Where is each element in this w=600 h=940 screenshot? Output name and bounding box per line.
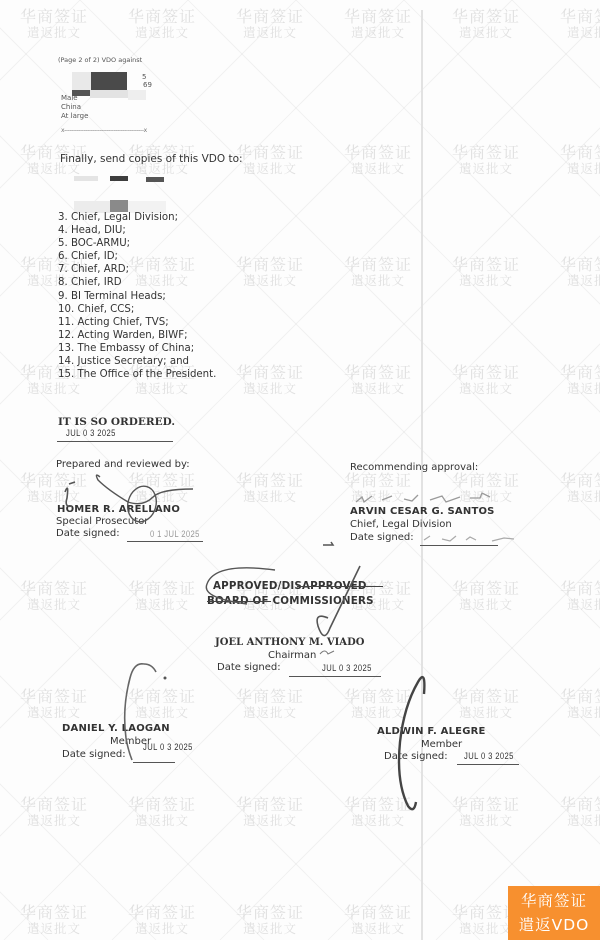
watermark-text: 华商签证遣返批文 xyxy=(328,904,428,937)
order-date-stamp: JUL 0 3 2025 xyxy=(66,428,116,439)
list-item: 13. The Embassy of China; xyxy=(58,342,216,355)
chairman-tick xyxy=(318,648,338,658)
watermark-text: 华商签证遣返批文 xyxy=(4,580,104,613)
order-date-underline xyxy=(57,441,173,442)
redaction-block xyxy=(110,176,128,181)
watermark-text: 华商签证遣返批文 xyxy=(436,256,536,289)
watermark-text: 华商签证遣返批文 xyxy=(328,256,428,289)
list-item: 9. BI Terminal Heads; xyxy=(58,290,216,303)
watermark-text: 华商签证遣返批文 xyxy=(220,364,320,397)
watermark-text: 华商签证遣返批文 xyxy=(4,8,104,41)
watermark-text: 华商签证遣返批文 xyxy=(436,688,536,721)
watermark-text: 华商签证遣返批文 xyxy=(220,256,320,289)
watermark-text: 华商签证遣返批文 xyxy=(220,904,320,937)
recipient-list: 3. Chief, Legal Division; 4. Head, DIU; … xyxy=(58,211,216,381)
watermark-text: 华商签证遣返批文 xyxy=(436,580,536,613)
list-item: 11. Acting Chief, TVS; xyxy=(58,316,216,329)
redaction-block xyxy=(72,72,92,90)
watermark-text: 华商签证遣返批文 xyxy=(4,688,104,721)
watermark-text: 华商签证遣返批文 xyxy=(220,796,320,829)
watermark-text: 华商签证遣返批文 xyxy=(328,8,428,41)
list-item: 4. Head, DIU; xyxy=(58,224,216,237)
prepared-label: Prepared and reviewed by: xyxy=(56,459,190,470)
member-1-date-label: Date signed: xyxy=(62,749,126,760)
signature-laogan xyxy=(118,662,178,762)
watermark-text: 华商签证遣返批文 xyxy=(220,472,320,505)
chairman-date-underline xyxy=(289,676,381,677)
chairman-date-label: Date signed: xyxy=(217,662,281,673)
approval-circle-and-check xyxy=(195,562,395,662)
list-item: 10. Chief, CCS; xyxy=(58,303,216,316)
redaction-block xyxy=(91,72,127,90)
subject-sex: Male xyxy=(61,94,78,102)
watermark-text: 华商签证遣返批文 xyxy=(544,796,600,829)
list-item: 12. Acting Warden, BIWF; xyxy=(58,329,216,342)
list-item: 15. The Office of the President. xyxy=(58,368,216,381)
recommending-label: Recommending approval: xyxy=(350,462,478,473)
prepared-date-underline xyxy=(127,541,203,542)
copies-intro: Finally, send copies of this VDO to: xyxy=(60,153,243,165)
watermark-text: 华商签证遣返批文 xyxy=(544,256,600,289)
watermark-text: 华商签证遣返批文 xyxy=(544,144,600,177)
watermark-text: 华商签证遣返批文 xyxy=(4,796,104,829)
watermark-text: 华商签证遣返批文 xyxy=(112,796,212,829)
recommending-date-scribble xyxy=(420,533,530,547)
watermark-text: 华商签证遣返批文 xyxy=(4,904,104,937)
watermark-text: 华商签证遣返批文 xyxy=(328,364,428,397)
watermark-text: 华商签证遣返批文 xyxy=(436,796,536,829)
subject-nationality: China xyxy=(61,103,81,111)
recommending-title: Chief, Legal Division xyxy=(350,519,452,530)
order-statement: IT IS SO ORDERED. xyxy=(58,416,175,428)
badge-line-2: 遣返VDO xyxy=(508,913,600,937)
list-item: 8. Chief, IRD xyxy=(58,276,216,289)
list-item: 14. Justice Secretary; and xyxy=(58,355,216,368)
watermark-text: 华商签证遣返批文 xyxy=(112,8,212,41)
signature-alegre xyxy=(392,664,432,804)
watermark-text: 华商签证遣返批文 xyxy=(112,904,212,937)
list-item: 7. Chief, ARD; xyxy=(58,263,216,276)
member-2-date-underline xyxy=(457,764,519,765)
redaction-block xyxy=(90,90,128,98)
recommending-date-label: Date signed: xyxy=(350,532,414,543)
subject-status: At large xyxy=(61,112,88,120)
watermark-text: 华商签证遣返批文 xyxy=(220,688,320,721)
watermark-text: 华商签证遣返批文 xyxy=(220,8,320,41)
list-item: 3. Chief, Legal Division; xyxy=(58,211,216,224)
subject-field-partial: 5 xyxy=(142,73,146,81)
list-item: 6. Chief, ID; xyxy=(58,250,216,263)
redaction-block xyxy=(128,90,146,100)
document-page: 华商签证遣返批文华商签证遣返批文华商签证遣返批文华商签证遣返批文华商签证遣返批文… xyxy=(0,0,600,940)
member-2-date-stamp: JUL 0 3 2025 xyxy=(464,751,514,762)
page-header: (Page 2 of 2) VDO against xyxy=(58,56,142,64)
subject-field-partial: 69 xyxy=(143,81,152,89)
chairman-date-stamp: JUL 0 3 2025 xyxy=(322,663,372,674)
redaction-block xyxy=(146,177,164,182)
separator-line: x---------------------------------------… xyxy=(61,127,147,134)
signature-santos xyxy=(352,490,512,510)
watermark-text: 华商签证遣返批文 xyxy=(544,8,600,41)
watermark-text: 华商签证遣返批文 xyxy=(436,8,536,41)
signature-arellano xyxy=(55,472,205,532)
redaction-block xyxy=(74,176,98,181)
watermark-text: 华商签证遣返批文 xyxy=(328,144,428,177)
watermark-text: 华商签证遣返批文 xyxy=(544,364,600,397)
small-mark xyxy=(322,540,336,548)
brand-badge: 华商签证 遣返VDO xyxy=(508,886,600,940)
member-1-date-underline xyxy=(133,762,175,763)
watermark-text: 华商签证遣返批文 xyxy=(436,364,536,397)
list-item: 5. BOC-ARMU; xyxy=(58,237,216,250)
watermark-text: 华商签证遣返批文 xyxy=(436,144,536,177)
watermark-diagonal-lines xyxy=(0,0,600,940)
badge-line-1: 华商签证 xyxy=(508,889,600,913)
watermark-text: 华商签证遣返批文 xyxy=(544,688,600,721)
watermark-text: 华商签证遣返批文 xyxy=(544,472,600,505)
watermark-layer: 华商签证遣返批文华商签证遣返批文华商签证遣返批文华商签证遣返批文华商签证遣返批文… xyxy=(0,0,600,940)
watermark-text: 华商签证遣返批文 xyxy=(544,580,600,613)
